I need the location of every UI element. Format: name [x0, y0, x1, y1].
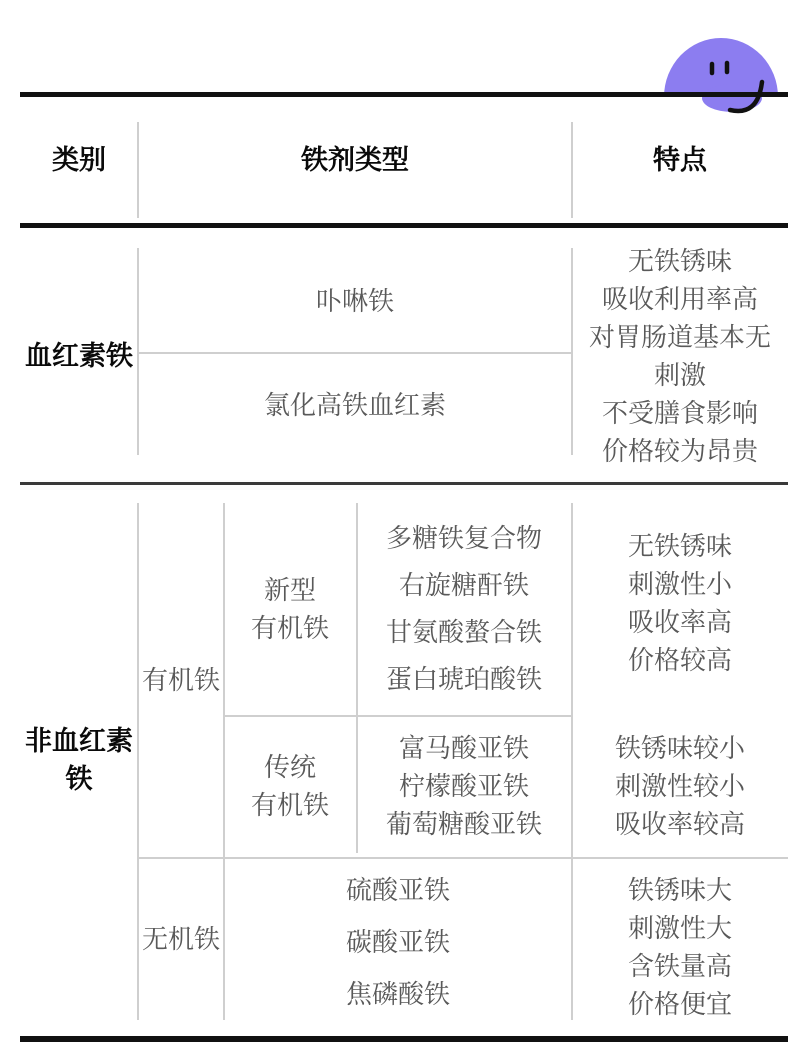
heme-feature-line: 吸收利用率高 — [602, 280, 758, 318]
traditional-organic-label-line: 传统 — [264, 748, 316, 786]
organic-label: 有机铁 — [138, 503, 224, 857]
header-category: 类别 — [20, 97, 138, 223]
bottom-rule — [20, 1036, 788, 1042]
inorganic-row-divider — [138, 857, 788, 859]
feature-line: 刺激性大 — [628, 909, 732, 947]
feature-line: 无铁锈味 — [628, 527, 732, 565]
traditional-organic-types: 富马酸亚铁 柠檬酸亚铁 葡萄糖酸亚铁 — [356, 715, 572, 857]
traditional-organic-label: 传统 有机铁 — [224, 715, 356, 857]
new-organic-label-line: 新型 — [264, 571, 316, 609]
traditional-organic-label-line: 有机铁 — [251, 786, 329, 824]
iron-type: 硫酸亚铁 — [346, 864, 450, 916]
heme-feature-line: 无铁锈味 — [628, 242, 732, 280]
iron-type: 富马酸亚铁 — [399, 729, 529, 767]
traditional-organic-features: 铁锈味较小 刺激性较小 吸收率较高 — [572, 715, 788, 857]
nonheme-label-line: 非血红素 — [25, 722, 133, 760]
inorganic-types: 硫酸亚铁 碳酸亚铁 焦磷酸铁 — [224, 860, 572, 1023]
iron-type: 右旋糖酐铁 — [399, 562, 529, 609]
heme-type-porphyrin: 卟啉铁 — [138, 250, 572, 352]
new-organic-label: 新型 有机铁 — [224, 503, 356, 715]
new-organic-types: 多糖铁复合物 右旋糖酐铁 甘氨酸螯合铁 蛋白琥珀酸铁 — [356, 503, 572, 715]
heme-feature-line: 不受膳食影响 — [602, 394, 758, 432]
feature-line: 吸收率高 — [628, 603, 732, 641]
heme-feature-line: 价格较为昂贵 — [602, 432, 758, 470]
iron-supplement-table-page: 类别 铁剂类型 特点 血红素铁 卟啉铁 氯化高铁血红素 无铁锈味 吸收利用率高 … — [0, 0, 804, 1058]
inorganic-features: 铁锈味大 刺激性大 含铁量高 价格便宜 — [572, 865, 788, 1028]
iron-type: 葡萄糖酸亚铁 — [386, 805, 542, 843]
feature-line: 价格便宜 — [628, 985, 732, 1023]
iron-type: 多糖铁复合物 — [386, 515, 542, 562]
feature-line: 价格较高 — [628, 641, 732, 679]
feature-line: 铁锈味较小 — [615, 729, 745, 767]
feature-line: 铁锈味大 — [628, 871, 732, 909]
iron-type: 柠檬酸亚铁 — [399, 767, 529, 805]
nonheme-label-line: 铁 — [66, 760, 93, 798]
nonheme-label: 非血红素 铁 — [20, 483, 138, 1036]
feature-line: 刺激性小 — [628, 565, 732, 603]
iron-type: 焦磷酸铁 — [346, 968, 450, 1020]
iron-type: 蛋白琥珀酸铁 — [386, 656, 542, 703]
feature-line: 刺激性较小 — [615, 767, 745, 805]
heme-feature-line: 对胃肠道基本无 — [589, 318, 771, 356]
heme-type-hemin: 氯化高铁血红素 — [138, 354, 572, 455]
iron-type: 碳酸亚铁 — [346, 916, 450, 968]
feature-line: 含铁量高 — [628, 947, 732, 985]
inorganic-label: 无机铁 — [138, 857, 224, 1020]
heme-feature-line: 刺激 — [654, 356, 706, 394]
header-type: 铁剂类型 — [138, 97, 572, 223]
new-organic-label-line: 有机铁 — [251, 609, 329, 647]
heme-label: 血红素铁 — [20, 228, 138, 483]
iron-type: 甘氨酸螯合铁 — [386, 609, 542, 656]
new-organic-features: 无铁锈味 刺激性小 吸收率高 价格较高 — [572, 497, 788, 709]
header-feature: 特点 — [572, 97, 788, 223]
feature-line: 吸收率较高 — [615, 805, 745, 843]
heme-features: 无铁锈味 吸收利用率高 对胃肠道基本无 刺激 不受膳食影响 价格较为昂贵 — [572, 228, 788, 483]
